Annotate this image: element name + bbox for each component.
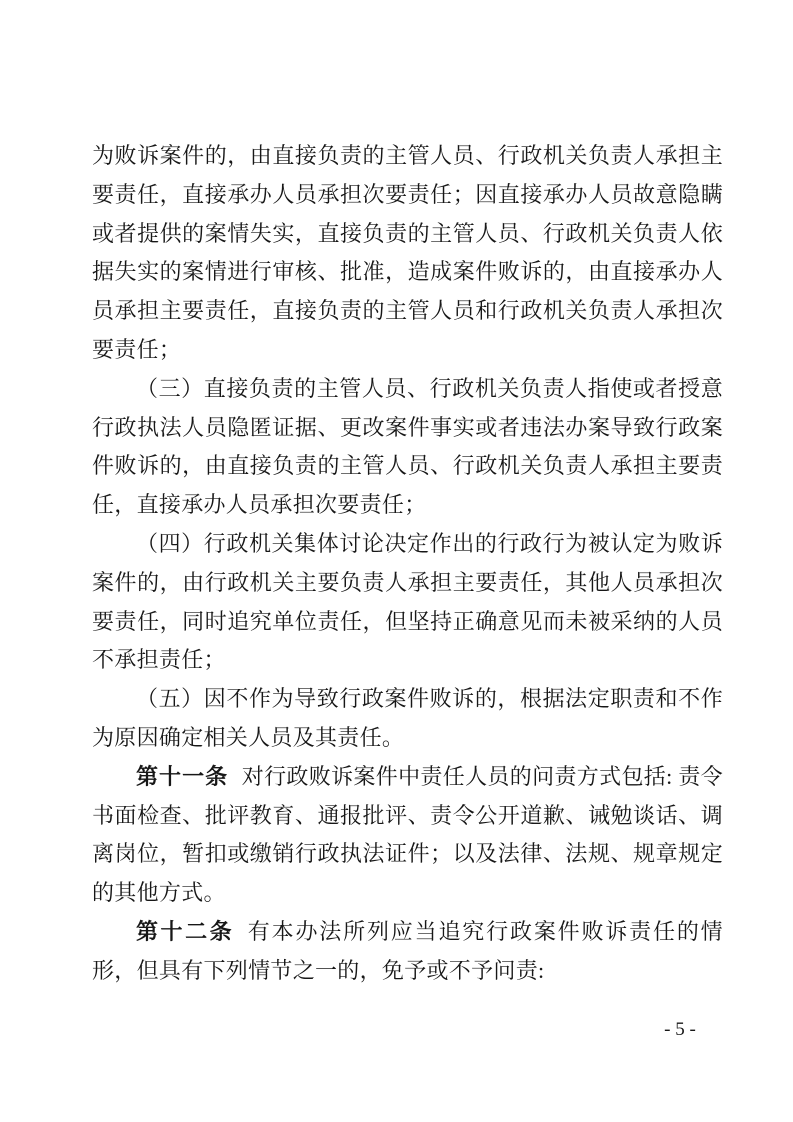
article-number: 第十二条 — [136, 919, 234, 944]
paragraph-text: 为败诉案件的，由直接负责的主管人员、行政机关负责人承担主要责任，直接承办人员承担… — [92, 143, 723, 362]
page-number: - 5 - — [649, 1019, 711, 1041]
body-paragraph: （五）因不作为导致行政案件败诉的，根据法定职责和不作为原因确定相关人员及其责任。 — [92, 680, 723, 758]
paragraph-text: （三）直接负责的主管人员、行政机关负责人指使或者授意行政执法人员隐匿证据、更改案… — [92, 376, 723, 517]
body-paragraph: （四）行政机关集体讨论决定作出的行政行为被认定为败诉案件的，由行政机关主要负责人… — [92, 525, 723, 680]
body-paragraph: 为败诉案件的，由直接负责的主管人员、行政机关负责人承担主要责任，直接承办人员承担… — [92, 137, 723, 370]
article-paragraph: 第十二条有本办法所列应当追究行政案件败诉责任的情形，但具有下列情节之一的，免予或… — [92, 913, 723, 991]
paragraph-text: （四）行政机关集体讨论决定作出的行政行为被认定为败诉案件的，由行政机关主要负责人… — [92, 531, 723, 672]
article-number: 第十一条 — [136, 764, 228, 789]
body-paragraph: （三）直接负责的主管人员、行政机关负责人指使或者授意行政执法人员隐匿证据、更改案… — [92, 370, 723, 525]
paragraph-text: （五）因不作为导致行政案件败诉的，根据法定职责和不作为原因确定相关人员及其责任。 — [92, 686, 723, 750]
document-body: 为败诉案件的，由直接负责的主管人员、行政机关负责人承担主要责任，直接承办人员承担… — [92, 137, 723, 991]
document-page: 为败诉案件的，由直接负责的主管人员、行政机关负责人承担主要责任，直接承办人员承担… — [0, 0, 793, 1122]
article-paragraph: 第十一条对行政败诉案件中责任人员的问责方式包括: 责令书面检查、批评教育、通报批… — [92, 758, 723, 913]
